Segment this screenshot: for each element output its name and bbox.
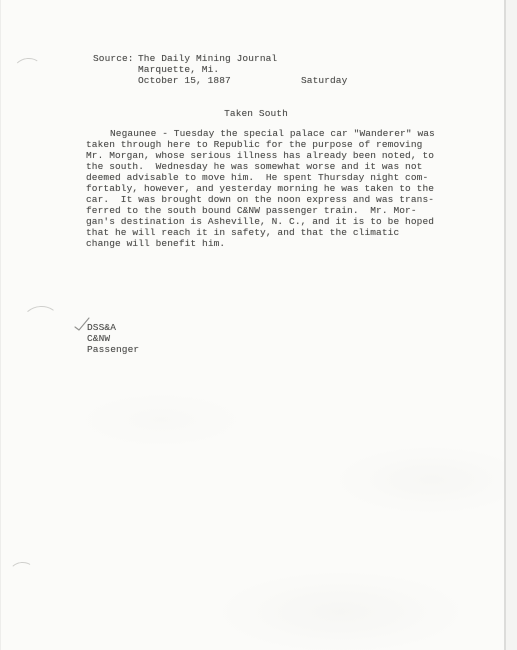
body-line: ferred to the south bound C&NW passenger… <box>86 205 436 216</box>
source-day-of-week: Saturday <box>301 75 347 86</box>
index-keyword: DSS&A <box>87 322 139 333</box>
source-location: Marquette, Mi. <box>138 64 277 75</box>
scanned-page: Source: The Daily Mining Journal Marquet… <box>0 0 517 650</box>
article-headline: Taken South <box>86 108 426 119</box>
body-line: fortably, however, and yesterday morning… <box>86 183 436 194</box>
source-label: Source: <box>93 53 134 64</box>
body-line: change will benefit him. <box>86 238 436 249</box>
source-date: October 15, 1887 <box>138 75 277 86</box>
index-keyword: C&NW <box>87 333 139 344</box>
body-line: car. It was brought down on the noon exp… <box>86 194 436 205</box>
body-line: the south. Wednesday he was somewhat wor… <box>86 161 436 172</box>
punch-hole-mark <box>9 561 35 581</box>
body-line: deemed advisable to move him. He spent T… <box>86 172 436 183</box>
source-publication: The Daily Mining Journal <box>138 53 277 64</box>
punch-hole-mark <box>22 305 59 335</box>
body-line: Negaunee - Tuesday the special palace ca… <box>86 128 436 139</box>
source-citation: The Daily Mining Journal Marquette, Mi. … <box>138 53 277 86</box>
index-keyword: Passenger <box>87 344 139 355</box>
index-keywords: DSS&A C&NW Passenger <box>87 322 139 355</box>
punch-hole-mark <box>13 57 43 82</box>
body-line: Mr. Morgan, whose serious illness has al… <box>86 150 436 161</box>
body-line: taken through here to Republic for the p… <box>86 139 436 150</box>
article-body: Negaunee - Tuesday the special palace ca… <box>86 128 436 249</box>
page-edge <box>504 0 517 650</box>
body-line: gan's destination is Asheville, N. C., a… <box>86 216 436 227</box>
body-line: that he will reach it in safety, and tha… <box>86 227 436 238</box>
